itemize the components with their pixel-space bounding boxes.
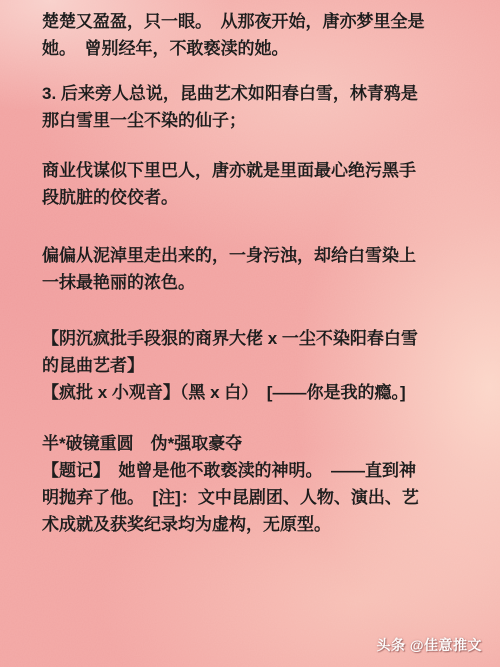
- paragraph-tropes-note: 半*破镜重圆 伪*强取豪夺 【题记】 她曾是他不敢亵渎的神明。 ——直到神 明抛…: [42, 430, 464, 538]
- story-text-block: 楚楚又盈盈，只一眼。 从那夜开始，唐亦梦里全是 她。 曾别经年，不敢亵渎的她。 …: [0, 0, 500, 667]
- watermark: 头条 @佳意推文: [376, 635, 482, 655]
- paragraph-white-snow: 3. 后来旁人总说，昆曲艺术如阳春白雪，林青鸦是 那白雪里一尘不染的仙子；: [42, 80, 464, 134]
- paragraph-mud: 偏偏从泥淖里走出来的，一身污浊，却给白雪染上 一抹最艳丽的浓色。: [42, 242, 464, 296]
- paragraph-business: 商业伐谋似下里巴人，唐亦就是里面最心绝污黑手 段肮脏的佼佼者。: [42, 157, 464, 211]
- paragraph-pairing-tags: 【阴沉疯批手段狠的商界大佬 x 一尘不染阳春白雪 的昆曲艺者】 【疯批 x 小观…: [42, 325, 464, 406]
- paragraph-dream: 楚楚又盈盈，只一眼。 从那夜开始，唐亦梦里全是 她。 曾别经年，不敢亵渎的她。: [42, 8, 464, 62]
- page-background: 楚楚又盈盈，只一眼。 从那夜开始，唐亦梦里全是 她。 曾别经年，不敢亵渎的她。 …: [0, 0, 500, 667]
